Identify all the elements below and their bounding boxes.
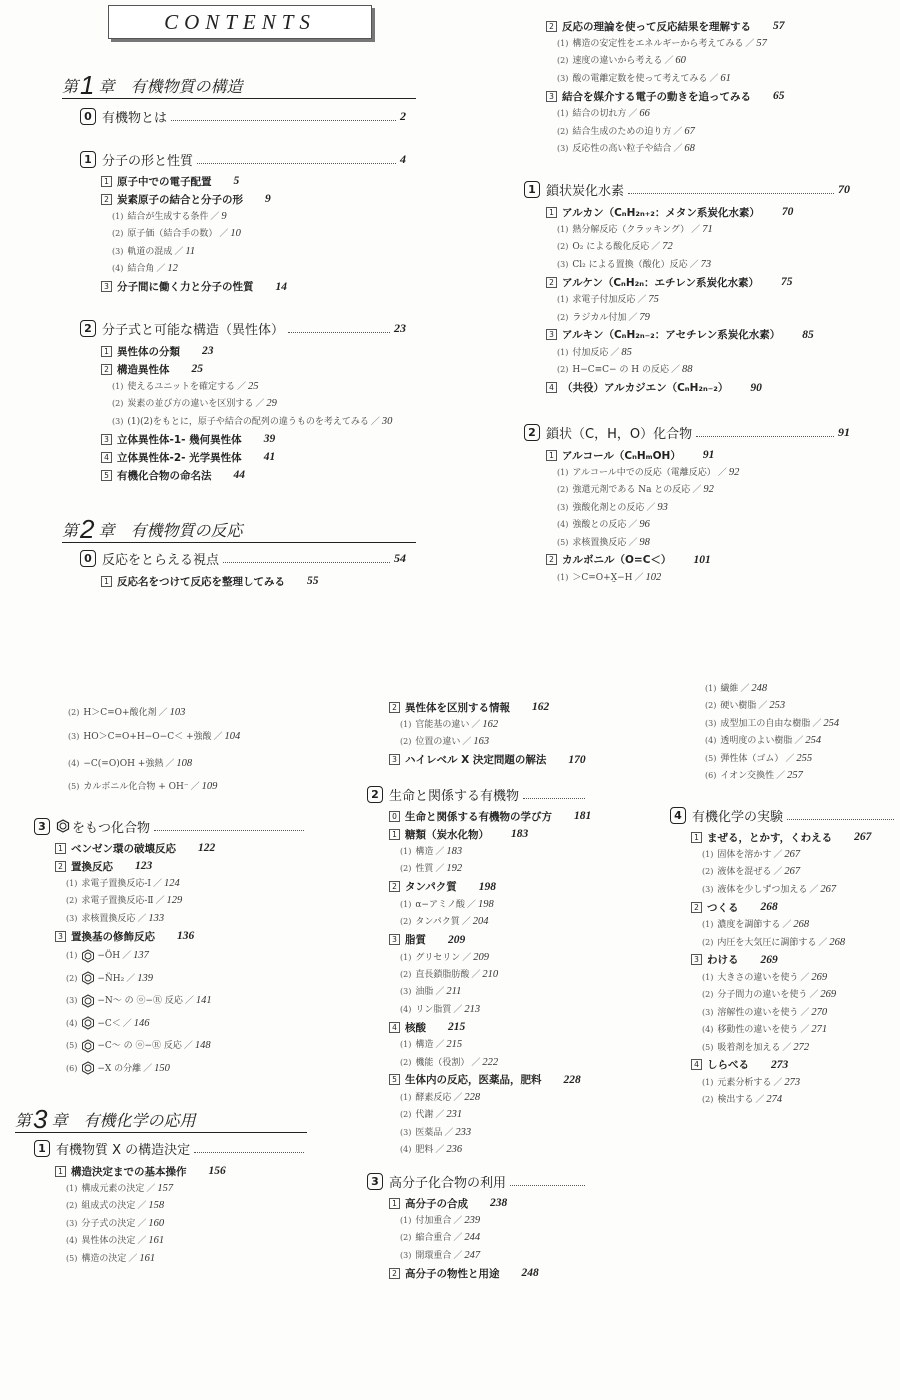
- page-number: 67: [684, 126, 695, 137]
- entry-title: 官能基の違い: [415, 720, 469, 730]
- toc-item[interactable]: (2)内圧を大気圧に調節する／268: [702, 934, 896, 951]
- page-number: 9: [221, 211, 226, 222]
- toc-section[interactable]: 1分子の形と性質4: [80, 150, 406, 168]
- leader-dots: [171, 111, 396, 121]
- item-number: (5): [702, 1043, 713, 1052]
- item-number: (2): [66, 974, 77, 983]
- toc-item[interactable]: (5)−C〜 の ⓞ−Ⓡ 反応／148: [66, 1035, 315, 1058]
- toc-subsection[interactable]: 1まぜる，とかす，くわえる267: [691, 828, 896, 846]
- entry-title: 求核置換反応: [572, 538, 626, 548]
- item-number: (1): [557, 39, 568, 48]
- number-badge: 3: [34, 818, 50, 835]
- container: (1)酵素反応／228 (2)代謝／231 (3)医薬品／233 (4)肥料／2…: [389, 1089, 659, 1159]
- separator: ／: [191, 782, 200, 792]
- toc-item[interactable]: (1)大きさの違いを使う／269: [702, 969, 896, 986]
- page-number: 255: [796, 753, 812, 764]
- entry-title: HO＞C=O+H−O−C＜ +強酸: [83, 732, 211, 742]
- entry-title: 性質: [415, 864, 433, 874]
- separator: ／: [165, 759, 174, 769]
- container: (1)−ÖH／137 (2)−N̈H₂／139 (3)−N〜 の ⓞ−Ⓡ 反応／…: [55, 945, 315, 1080]
- entry-title: 移動性の違いを使う: [717, 1025, 798, 1035]
- toc-item[interactable]: (4)−C(=O)OH +強熱／108: [68, 750, 328, 778]
- toc-subsection[interactable]: 2置換反応123: [55, 857, 315, 875]
- page-number: 228: [564, 1074, 581, 1086]
- separator: ／: [755, 1095, 764, 1105]
- entry-title: 高分子の合成: [405, 1196, 468, 1211]
- number-badge: 1: [101, 576, 112, 587]
- separator: ／: [812, 719, 821, 729]
- separator: ／: [435, 1040, 444, 1050]
- chapter-3-heading: 第3章有機化学の応用: [15, 1108, 307, 1133]
- entry-title: 酵素反応: [415, 1093, 451, 1103]
- container: (1)求電子付加反応／75 (2)ラジカル付加／79: [546, 291, 886, 326]
- toc-item[interactable]: (1)熱分解反応（クラッキング）／71: [557, 221, 886, 238]
- toc-section[interactable]: 2分子式と可能な構造（異性体）23: [80, 319, 406, 337]
- toc-subsection[interactable]: 1構造決定までの基本操作156: [55, 1162, 315, 1180]
- separator: ／: [462, 737, 471, 747]
- toc-subsection[interactable]: 3結合を媒介する電子の動きを追ってみる65: [546, 87, 886, 105]
- container: (1)求電子置換反応-Ⅰ／124 (2)求電子置換反応-Ⅱ／129 (3)求核置…: [55, 875, 315, 927]
- toc-item[interactable]: (4)異性体の決定／161: [66, 1232, 315, 1249]
- toc-subsection[interactable]: 1ベンゼン環の破壊反応122: [55, 839, 315, 857]
- toc-item[interactable]: (2)硬い樹脂／253: [705, 697, 895, 714]
- toc-item[interactable]: (6)イオン交換性／257: [705, 767, 895, 784]
- page-number: 268: [829, 937, 845, 948]
- toc-subsection[interactable]: 3分子間に働く力と分子の性質14: [101, 278, 421, 296]
- number-badge: 1: [55, 1166, 66, 1177]
- toc-section[interactable]: 0有機物とは2: [80, 107, 406, 125]
- toc-subsection[interactable]: 1アルカン（CₙH₂ₙ₊₂：メタン系炭化水素）70: [546, 203, 886, 221]
- toc-item[interactable]: (3)強酸化剤との反応／93: [557, 499, 886, 516]
- toc-section[interactable]: 0反応をとらえる視点54: [80, 549, 406, 567]
- toc-item[interactable]: (2)検出する／274: [702, 1091, 896, 1108]
- container: 1原子中での電子配置5 2炭素原子の結合と分子の形9 (1)結合が生成する条件／…: [101, 172, 421, 296]
- separator: ／: [809, 885, 818, 895]
- item-number: (2): [400, 917, 411, 926]
- page-number: 75: [648, 294, 659, 305]
- toc-subsection[interactable]: 1原子中での電子配置5: [101, 172, 421, 190]
- toc-item[interactable]: (5)カルボニル化合物 + OH⁻／109: [68, 778, 328, 796]
- entry-title: 分子間力の違いを使う: [717, 990, 807, 1000]
- toc-item[interactable]: (3)反応性の高い粒子や結合／68: [557, 140, 886, 157]
- toc-section[interactable]: 3をもつ化合物: [34, 817, 308, 835]
- toc-item[interactable]: (6)−X の分離／150: [66, 1058, 315, 1081]
- toc-item[interactable]: (1)−ÖH／137: [66, 945, 315, 968]
- toc-subsection[interactable]: 2異性体を区別する情報162: [389, 698, 649, 716]
- separator: ／: [467, 900, 476, 910]
- entry-title: まぜる，とかす，くわえる: [707, 830, 832, 845]
- toc-item[interactable]: (3)成型加工の自由な樹脂／254: [705, 715, 895, 732]
- entry-title: 第: [62, 521, 78, 540]
- entry-title: 章: [98, 521, 114, 540]
- toc-item[interactable]: (2)原子価（結合手の数）／10: [112, 225, 421, 242]
- page-number: 228: [464, 1092, 480, 1103]
- page-number: 239: [464, 1215, 480, 1226]
- container: 1まぜる，とかす，くわえる267 (1)固体を溶かす／267 (2)液体を混ぜる…: [691, 828, 896, 1109]
- page-number: 248: [751, 683, 767, 694]
- toc-item[interactable]: (4)移動性の違いを使う／271: [702, 1021, 896, 1038]
- toc-item[interactable]: (1)使えるユニットを確定する／25: [112, 378, 431, 395]
- toc-item[interactable]: (1)結合が生成する条件／9: [112, 208, 421, 225]
- toc-section[interactable]: 3高分子化合物の利用: [367, 1172, 589, 1190]
- page-number: 71: [702, 224, 713, 235]
- toc-section[interactable]: 4有機化学の実験: [670, 806, 898, 824]
- toc-subsection[interactable]: 3わける269: [691, 951, 896, 969]
- number-badge: 2: [546, 554, 557, 565]
- toc-item[interactable]: (5)弾性体（ゴム）／255: [705, 750, 895, 767]
- number-badge: 1: [34, 1140, 50, 1157]
- entry-title: 代謝: [415, 1110, 433, 1120]
- number-badge: 1: [546, 450, 557, 461]
- entry-title: 結合生成のための迫り方: [572, 127, 671, 137]
- page-number: 267: [784, 866, 800, 877]
- toc-item[interactable]: (2)炭素の並び方の違いを区別する／29: [112, 395, 431, 412]
- toc-item[interactable]: (1)酵素反応／228: [400, 1089, 659, 1106]
- toc-subsection[interactable]: 4しらべる273: [691, 1056, 896, 1074]
- toc-item[interactable]: (2)結合生成のための迫り方／67: [557, 123, 886, 140]
- page-number: 23: [394, 321, 406, 336]
- separator: ／: [255, 399, 264, 409]
- toc-section[interactable]: 1有機物質 X の構造決定: [34, 1139, 308, 1157]
- entry-title: 元素分析する: [717, 1078, 771, 1088]
- toc-subsection[interactable]: 4立体異性体-2- 光学異性体41: [101, 448, 431, 466]
- benzene-ring-icon: [81, 949, 95, 963]
- toc-item[interactable]: (4)−C＜／146: [66, 1013, 315, 1036]
- number-badge: 2: [691, 902, 702, 913]
- item-number: (4): [400, 1145, 411, 1154]
- separator: ／: [444, 1128, 453, 1138]
- item-number: (3): [400, 1128, 411, 1137]
- toc-item[interactable]: (1)＞C=O+X̤−H／102: [557, 569, 886, 586]
- toc-item[interactable]: (1)結合の切れ方／66: [557, 105, 886, 122]
- entry-title: 結合角: [127, 264, 154, 274]
- item-number: (1): [400, 900, 411, 909]
- container: (1)結合が生成する条件／9 (2)原子価（結合手の数）／10 (3)軌道の混成…: [101, 208, 421, 278]
- item-number: (4): [400, 1005, 411, 1014]
- toc-item[interactable]: (3)求核置換反応／133: [66, 910, 315, 927]
- toc-subsection[interactable]: 2構造異性体25: [101, 360, 431, 378]
- separator: ／: [471, 970, 480, 980]
- page-number: 109: [202, 781, 218, 792]
- toc-item[interactable]: (1)構造／183: [400, 843, 659, 860]
- entry-title: 機能（役割）: [415, 1058, 469, 1068]
- toc-subsection[interactable]: 1アルコール（CₙHₘOH）91: [546, 446, 886, 464]
- separator: ／: [123, 1019, 132, 1029]
- container: 1高分子の合成238 (1)付加重合／239 (2)縮合重合／244 (3)開環…: [389, 1194, 649, 1282]
- toc-section[interactable]: 1鎖状炭化水素70: [524, 180, 850, 198]
- page-number: 160: [148, 1218, 164, 1229]
- separator: ／: [137, 1236, 146, 1246]
- item-number: (2): [400, 970, 411, 979]
- number-badge: 3: [546, 329, 557, 340]
- container: 1構造決定までの基本操作156 (1)構成元素の決定／157 (2)組成式の決定…: [55, 1162, 315, 1267]
- toc-subsection[interactable]: 4核酸215: [389, 1018, 659, 1036]
- toc-item[interactable]: (2)O₂ による酸化反応／72: [557, 238, 886, 255]
- toc-item[interactable]: (1)元素分析する／273: [702, 1074, 896, 1091]
- container: 0反応をとらえる視点54: [80, 549, 406, 567]
- toc-subsection[interactable]: 5有機化合物の命名法44: [101, 466, 431, 484]
- number-badge: 2: [389, 881, 400, 892]
- separator: ／: [773, 850, 782, 860]
- entry-title: 弾性体（ゴム）: [720, 754, 783, 764]
- item-number: (1): [557, 109, 568, 118]
- toc-item[interactable]: (3)分子式の決定／160: [66, 1215, 315, 1232]
- entry-title: 液体を少しずつ加える: [717, 885, 807, 895]
- toc-subsection[interactable]: 4（共役）アルカジエン（CₙH₂ₙ₋₂）90: [546, 379, 886, 397]
- toc-subsection[interactable]: 2アルケン（CₙH₂ₙ：エチレン系炭化水素）75: [546, 273, 886, 291]
- item-number: (1): [66, 879, 77, 888]
- toc-item[interactable]: (1)構造の安定性をエネルギーから考えてみる／57: [557, 35, 886, 52]
- separator: ／: [800, 1008, 809, 1018]
- separator: ／: [453, 1005, 462, 1015]
- toc-item[interactable]: (1)繊維／248: [705, 680, 895, 697]
- page-number: 269: [761, 954, 778, 966]
- item-number: (1): [400, 720, 411, 729]
- separator: ／: [137, 914, 146, 924]
- toc-subsection[interactable]: 3立体異性体-1- 幾何異性体39: [101, 430, 431, 448]
- separator: ／: [435, 1145, 444, 1155]
- page-number: 269: [811, 972, 827, 983]
- item-number: (3): [557, 144, 568, 153]
- number-badge: 2: [80, 320, 96, 337]
- entry-title: 炭素原子の結合と分子の形: [117, 192, 243, 207]
- container: (1)官能基の違い／162 (2)位置の違い／163: [389, 716, 649, 751]
- leader-dots: [194, 1143, 304, 1153]
- page-number: 96: [639, 519, 650, 530]
- toc-item[interactable]: (4)結合角／12: [112, 260, 421, 277]
- page-number: 136: [177, 930, 194, 942]
- entry-title: 溶解性の違いを使う: [717, 1008, 798, 1018]
- toc-subsection[interactable]: 2カルボニル（O=C＜）101: [546, 551, 886, 569]
- item-number: (2): [557, 365, 568, 374]
- item-number: (3): [66, 1219, 77, 1228]
- container: 1ベンゼン環の破壊反応122 2置換反応123 (1)求電子置換反応-Ⅰ／124…: [55, 839, 315, 1080]
- entry-title: 有機化学の実験: [692, 806, 783, 825]
- entry-title: カルボニル（O=C＜）: [562, 552, 671, 567]
- toc-item[interactable]: (1)付加重合／239: [400, 1212, 649, 1229]
- toc-item[interactable]: (3)開環重合／247: [400, 1247, 649, 1264]
- number-badge: 3: [389, 754, 400, 765]
- toc-item[interactable]: (2)位置の違い／163: [400, 733, 649, 750]
- toc-item[interactable]: (4)リン脂質／213: [400, 1001, 659, 1018]
- toc-item[interactable]: (2)代謝／231: [400, 1106, 659, 1123]
- separator: ／: [184, 1041, 193, 1051]
- page-number: 103: [170, 707, 186, 718]
- toc-item[interactable]: (2)液体を混ぜる／267: [702, 863, 896, 880]
- toc-section[interactable]: 2鎖状（C，H，O）化合物91: [524, 423, 850, 441]
- page-number: 161: [148, 1235, 164, 1246]
- container: (1)元素分析する／273 (2)検出する／274: [691, 1074, 896, 1109]
- toc-item[interactable]: (5)吸着剤を加える／272: [702, 1039, 896, 1056]
- toc-subsection[interactable]: 2反応の理論を使って反応結果を理解する57: [546, 17, 886, 35]
- entry-title: −X の分離: [97, 1064, 141, 1074]
- container: (1)付加重合／239 (2)縮合重合／244 (3)開環重合／247: [389, 1212, 649, 1264]
- toc-subsection[interactable]: 2タンパク質198: [389, 878, 659, 896]
- toc-item[interactable]: (2)分子間力の違いを使う／269: [702, 986, 896, 1003]
- page-number: 91: [703, 449, 715, 461]
- item-number: (2): [702, 938, 713, 947]
- page-number: 29: [266, 398, 277, 409]
- entry-title: 構造決定までの基本操作: [71, 1164, 187, 1179]
- toc-item[interactable]: (2)縮合重合／244: [400, 1229, 649, 1246]
- toc-item[interactable]: (1)構造／215: [400, 1036, 659, 1053]
- leader-dots: [628, 184, 834, 194]
- toc-subsection[interactable]: 5生体内の反応，医薬品，肥料228: [389, 1071, 659, 1089]
- toc-subsection[interactable]: 1反応名をつけて反応を整理してみる55: [101, 572, 431, 590]
- entry-title: 熱分解反応（クラッキング）: [572, 225, 689, 235]
- toc-item[interactable]: (3)軌道の混成／11: [112, 243, 421, 260]
- toc-subsection[interactable]: 3ハイレベル X 決定問題の解法170: [389, 751, 649, 769]
- item-number: (2): [705, 701, 716, 710]
- page-number: 73: [701, 259, 712, 270]
- page-number: 41: [264, 451, 276, 463]
- page-number: 181: [574, 810, 591, 822]
- page-number: 4: [400, 152, 406, 167]
- toc-subsection[interactable]: 2炭素原子の結合と分子の形9: [101, 190, 421, 208]
- toc-item[interactable]: (1)求電子付加反応／75: [557, 291, 886, 308]
- page-number: 231: [446, 1109, 462, 1120]
- page-number: 198: [478, 899, 494, 910]
- toc-item[interactable]: (3)酸の電離定数を使って考えてみる／61: [557, 70, 886, 87]
- entry-title: 液体を混ぜる: [717, 867, 771, 877]
- toc-item[interactable]: (5)求核置換反応／98: [557, 534, 886, 551]
- toc-item[interactable]: (1)付加反応／85: [557, 344, 886, 361]
- entry-title: をもつ化合物: [72, 817, 150, 836]
- page-number: 183: [446, 846, 462, 857]
- toc-item[interactable]: (3)(1)(2)をもとに，原子や結合の配列の違うものを考えてみる／30: [112, 413, 431, 430]
- toc-item[interactable]: (3)溶解性の違いを使う／270: [702, 1004, 896, 1021]
- toc-item[interactable]: (2)−N̈H₂／139: [66, 968, 315, 991]
- entry-title: 構造の決定: [81, 1254, 126, 1264]
- toc-item[interactable]: (1)固体を溶かす／267: [702, 846, 896, 863]
- entry-title: 鎖状（C，H，O）化合物: [546, 423, 692, 442]
- toc-item[interactable]: (1)グリセリン／209: [400, 949, 659, 966]
- toc-item[interactable]: (1)アルコール中での反応（電離反応）／92: [557, 464, 886, 481]
- entry-title: 鎖状炭化水素: [546, 180, 624, 199]
- entry-title: 生体内の反応，医薬品，肥料: [405, 1072, 542, 1087]
- toc-subsection[interactable]: 0生命と関係する有機物の学び方181: [389, 807, 659, 825]
- entry-title: −N〜 の ⓞ−Ⓡ 反応: [97, 996, 183, 1006]
- toc-item[interactable]: (2)H−C≡C− の H の反応／88: [557, 361, 886, 378]
- toc-item[interactable]: (2)求電子置換反応-Ⅱ／129: [66, 892, 315, 909]
- page-number: 204: [473, 916, 489, 927]
- number-badge: 3: [55, 931, 66, 942]
- separator: ／: [143, 1064, 152, 1074]
- toc-section[interactable]: 2生命と関係する有機物: [367, 785, 589, 803]
- toc-item[interactable]: (3)HO＞C=O+H−O−C＜ +強酸／104: [68, 724, 328, 750]
- entry-title: ＞C=O+X̤−H: [572, 573, 632, 583]
- entry-title: 使えるユニットを確定する: [127, 382, 235, 392]
- page-number: 213: [464, 1004, 480, 1015]
- toc-item[interactable]: (4)強酸との反応／96: [557, 516, 886, 533]
- number-badge: 5: [101, 470, 112, 481]
- number-badge: 4: [691, 1059, 702, 1070]
- toc-item[interactable]: (2)強還元剤である Na との反応／92: [557, 481, 886, 498]
- number-badge: 3: [367, 1173, 383, 1190]
- separator: ／: [156, 264, 165, 274]
- toc-item[interactable]: (2)タンパク質／204: [400, 913, 659, 930]
- entry-title: 分子の形と性質: [102, 150, 193, 169]
- item-number: (6): [66, 1064, 77, 1073]
- toc-item[interactable]: (3)油脂／211: [400, 983, 659, 1000]
- chapter-title: 有機物質の構造: [131, 77, 243, 96]
- toc-item[interactable]: (2)H＞C=O+酸化剤／103: [68, 702, 328, 724]
- page-number: 102: [646, 572, 662, 583]
- item-number: (2): [702, 990, 713, 999]
- entry-title: 反応名をつけて反応を整理してみる: [117, 574, 285, 589]
- page-number: 236: [446, 1144, 462, 1155]
- page-number: 170: [568, 754, 585, 766]
- number-badge: 2: [101, 194, 112, 205]
- container: (1)熱分解反応（クラッキング）／71 (2)O₂ による酸化反応／72 (3)…: [546, 221, 886, 273]
- entry-title: 油脂: [415, 987, 433, 997]
- toc-item[interactable]: (1)構成元素の決定／157: [66, 1180, 315, 1197]
- toc-item[interactable]: (3)Cl₂ による置換（酸化）反応／73: [557, 256, 886, 273]
- page-number: 90: [750, 382, 762, 394]
- entry-title: 有機化合物の命名法: [117, 468, 212, 483]
- toc-item[interactable]: (2)速度の違いから考える／60: [557, 52, 886, 69]
- entry-title: −C〜 の ⓞ−Ⓡ 反応: [97, 1041, 182, 1051]
- toc-item[interactable]: (2)機能（役割）／222: [400, 1054, 659, 1071]
- toc-subsection[interactable]: 2つくる268: [691, 898, 896, 916]
- toc-item[interactable]: (3)液体を少しずつ加える／267: [702, 881, 896, 898]
- entry-title: カルボニル化合物 + OH⁻: [83, 782, 188, 792]
- entry-title: イオン交換性: [720, 771, 774, 781]
- toc-subsection[interactable]: 1糖類（炭水化物）183: [389, 825, 659, 843]
- chapter-title: 有機化学の応用: [84, 1111, 196, 1130]
- toc-item[interactable]: (1)求電子置換反応-Ⅰ／124: [66, 875, 315, 892]
- toc-subsection[interactable]: 3脂質209: [389, 931, 659, 949]
- page-number: 137: [133, 950, 149, 961]
- benzene-ring-icon: [81, 1016, 95, 1030]
- separator: ／: [673, 127, 682, 137]
- toc-subsection[interactable]: 1高分子の合成238: [389, 1194, 649, 1212]
- toc-item[interactable]: (2)組成式の決定／158: [66, 1197, 315, 1214]
- separator: ／: [818, 938, 827, 948]
- toc-subsection[interactable]: 3置換基の修飾反応136: [55, 927, 315, 945]
- item-number: (1): [400, 1216, 411, 1225]
- toc-item[interactable]: (2)ラジカル付加／79: [557, 309, 886, 326]
- toc-item[interactable]: (1)官能基の違い／162: [400, 716, 649, 733]
- separator: ／: [776, 771, 785, 781]
- item-number: (2): [400, 737, 411, 746]
- separator: ／: [210, 212, 219, 222]
- toc-subsection[interactable]: 1異性体の分類23: [101, 342, 431, 360]
- entry-title: アルキン（CₙH₂ₙ₋₂：アセチレン系炭化水素）: [562, 327, 780, 342]
- container: 0生命と関係する有機物の学び方181 1糖類（炭水化物）183 (1)構造／18…: [389, 807, 659, 1158]
- toc-item[interactable]: (1)濃度を調節する／268: [702, 916, 896, 933]
- toc-item[interactable]: (3)医薬品／233: [400, 1124, 659, 1141]
- separator: ／: [800, 1025, 809, 1035]
- toc-subsection[interactable]: 3アルキン（CₙH₂ₙ₋₂：アセチレン系炭化水素）85: [546, 326, 886, 344]
- number-badge: 1: [389, 829, 400, 840]
- toc-item[interactable]: (4)透明度のよい樹脂／254: [705, 732, 895, 749]
- entry-title: 反応性の高い粒子や結合: [572, 144, 671, 154]
- separator: ／: [453, 1216, 462, 1226]
- toc-item[interactable]: (2)性質／192: [400, 860, 659, 877]
- toc-item[interactable]: (2)直長鎖脂肪酸／210: [400, 966, 659, 983]
- toc-item[interactable]: (4)肥料／236: [400, 1141, 659, 1158]
- page-number: 39: [264, 433, 276, 445]
- number-badge: 1: [546, 207, 557, 218]
- toc-item[interactable]: (3)−N〜 の ⓞ−Ⓡ 反応／141: [66, 990, 315, 1013]
- toc-item[interactable]: (5)構造の決定／161: [66, 1250, 315, 1267]
- toc-item[interactable]: (1)α−アミノ酸／198: [400, 896, 659, 913]
- page-number: 70: [782, 206, 794, 218]
- item-number: (1): [112, 382, 123, 391]
- toc-subsection[interactable]: 2高分子の物性と用途248: [389, 1264, 649, 1282]
- entry-title: 付加重合: [415, 1216, 451, 1226]
